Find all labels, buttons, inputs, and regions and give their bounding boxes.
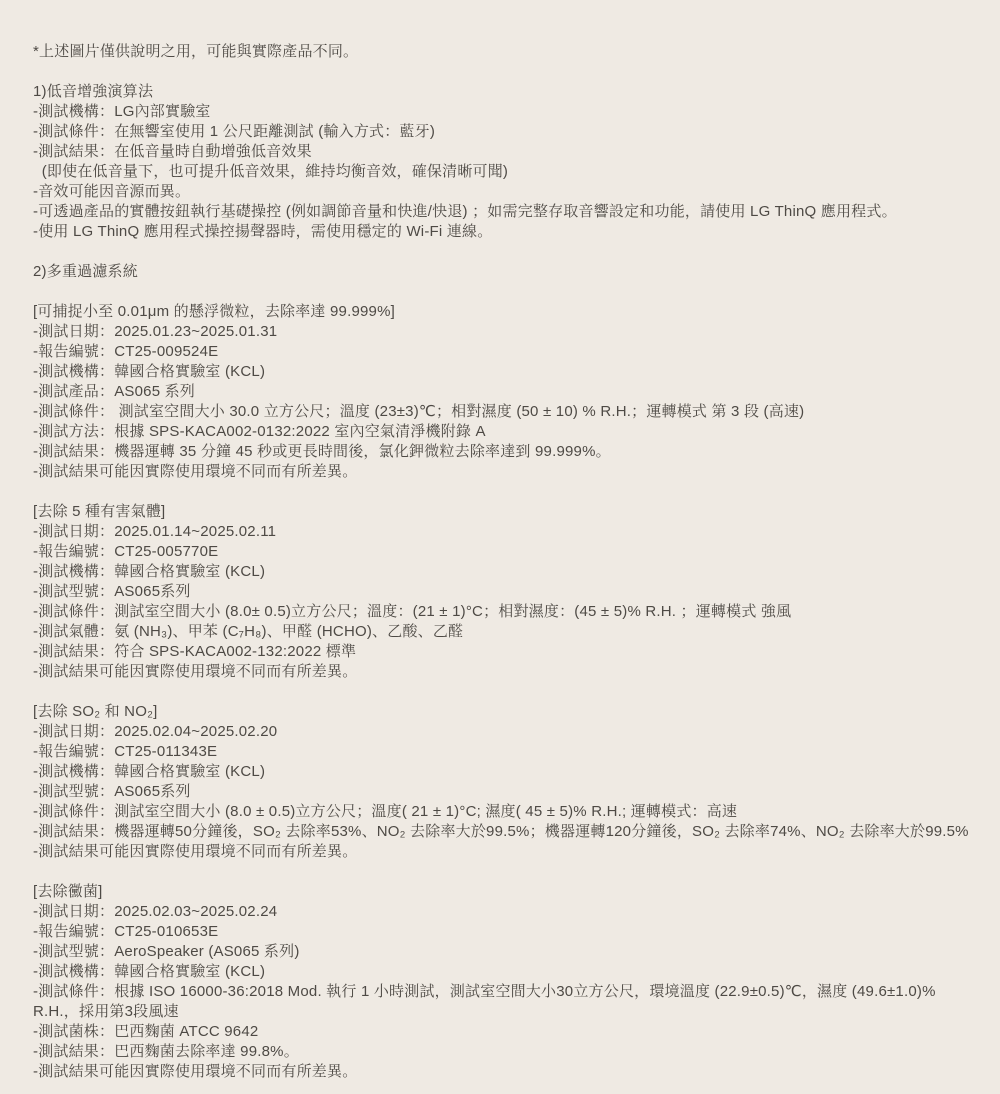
text-line: -測試型號：AS065系列 (33, 582, 992, 602)
section-heading: 1)低音增強演算法 (33, 82, 992, 102)
text-line: -測試機構：韓國合格實驗室 (KCL) (33, 562, 992, 582)
text-line: -測試結果可能因實際使用環境不同而有所差異。 (33, 662, 992, 682)
text-line: -測試日期：2025.01.14~2025.02.11 (33, 522, 992, 542)
text-line: -測試型號：AS065系列 (33, 782, 992, 802)
text-line: -測試機構：韓國合格實驗室 (KCL) (33, 762, 992, 782)
text-line: -測試條件：測試室空間大小 (8.0± 0.5)立方公尺；溫度：(21 ± 1)… (33, 602, 992, 622)
text-line: -測試菌株：巴西麴菌 ATCC 9642 (33, 1022, 992, 1042)
text-line: -測試機構：LG內部實驗室 (33, 102, 992, 122)
text-line: -報告編號：CT25-011343E (33, 742, 992, 762)
blank-line (33, 282, 992, 302)
text-line: -報告編號：CT25-009524E (33, 342, 992, 362)
text-line: -測試條件：測試室空間大小 (8.0 ± 0.5)立方公尺；溫度( 21 ± 1… (33, 802, 992, 822)
section-heading: 2)多重過濾系統 (33, 262, 992, 282)
text-line: -測試結果：機器運轉50分鐘後，SO₂ 去除率53%、NO₂ 去除率大於99.5… (33, 822, 992, 842)
text-line: -測試結果可能因實際使用環境不同而有所差異。 (33, 1062, 992, 1082)
text-line: -測試結果：符合 SPS-KACA002-132:2022 標準 (33, 642, 992, 662)
text-line: -測試條件：在無響室使用 1 公尺距離測試 (輸入方式：藍牙) (33, 122, 992, 142)
text-line: -測試結果可能因實際使用環境不同而有所差異。 (33, 842, 992, 862)
text-line: -測試型號：AeroSpeaker (AS065 系列) (33, 942, 992, 962)
text-line: R.H.，採用第3段風速 (33, 1002, 992, 1022)
text-line: -音效可能因音源而異。 (33, 182, 992, 202)
blank-line (33, 682, 992, 702)
text-line: -報告編號：CT25-005770E (33, 542, 992, 562)
text-line: -測試條件： 測試室空間大小 30.0 立方公尺；溫度 (23±3)℃；相對濕度… (33, 402, 992, 422)
text-line: -測試日期：2025.02.04~2025.02.20 (33, 722, 992, 742)
text-line: -測試日期：2025.02.03~2025.02.24 (33, 902, 992, 922)
text-line: -測試機構：韓國合格實驗室 (KCL) (33, 362, 992, 382)
subsection-title: [去除 SO₂ 和 NO₂] (33, 702, 992, 722)
blank-line (33, 482, 992, 502)
blank-line (33, 862, 992, 882)
text-line: -報告編號：CT25-010653E (33, 922, 992, 942)
subsection-title: [可捕捉小至 0.01μm 的懸浮微粒，去除率達 99.999%] (33, 302, 992, 322)
text-line: -測試結果：機器運轉 35 分鐘 45 秒或更長時間後，氯化鉀微粒去除率達到 9… (33, 442, 992, 462)
blank-line (33, 62, 992, 82)
text-line: -測試結果：在低音量時自動增強低音效果 (33, 142, 992, 162)
text-line: -可透過產品的實體按鈕執行基礎操控 (例如調節音量和快進/快退) ；如需完整存取… (33, 202, 992, 222)
text-line: -測試結果可能因實際使用環境不同而有所差異。 (33, 462, 992, 482)
text-line: (即使在低音量下，也可提升低音效果，維持均衡音效，確保清晰可聞) (33, 162, 992, 182)
blank-line (33, 242, 992, 262)
subsection-title: [去除黴菌] (33, 882, 992, 902)
image-disclaimer: *上述圖片僅供說明之用，可能與實際產品不同。 (33, 42, 992, 62)
text-line: -測試條件：根據 ISO 16000-36:2018 Mod. 執行 1 小時測… (33, 982, 992, 1002)
text-line: -使用 LG ThinQ 應用程式操控揚聲器時，需使用穩定的 Wi-Fi 連線。 (33, 222, 992, 242)
text-line: -測試機構：韓國合格實驗室 (KCL) (33, 962, 992, 982)
text-line: -測試方法：根據 SPS-KACA002-0132:2022 室內空氣清淨機附錄… (33, 422, 992, 442)
text-line: -測試氣體：氨 (NH₃)、甲苯 (C₇H₈)、甲醛 (HCHO)、乙酸、乙醛 (33, 622, 992, 642)
subsection-title: [去除 5 種有害氣體] (33, 502, 992, 522)
test-disclosure-document: *上述圖片僅供說明之用，可能與實際產品不同。 1)低音增強演算法-測試機構：LG… (0, 0, 1000, 1082)
text-line: -測試結果：巴西麴菌去除率達 99.8%。 (33, 1042, 992, 1062)
text-line: -測試產品：AS065 系列 (33, 382, 992, 402)
document-body: 1)低音增強演算法-測試機構：LG內部實驗室-測試條件：在無響室使用 1 公尺距… (33, 62, 992, 1082)
text-line: -測試日期：2025.01.23~2025.01.31 (33, 322, 992, 342)
